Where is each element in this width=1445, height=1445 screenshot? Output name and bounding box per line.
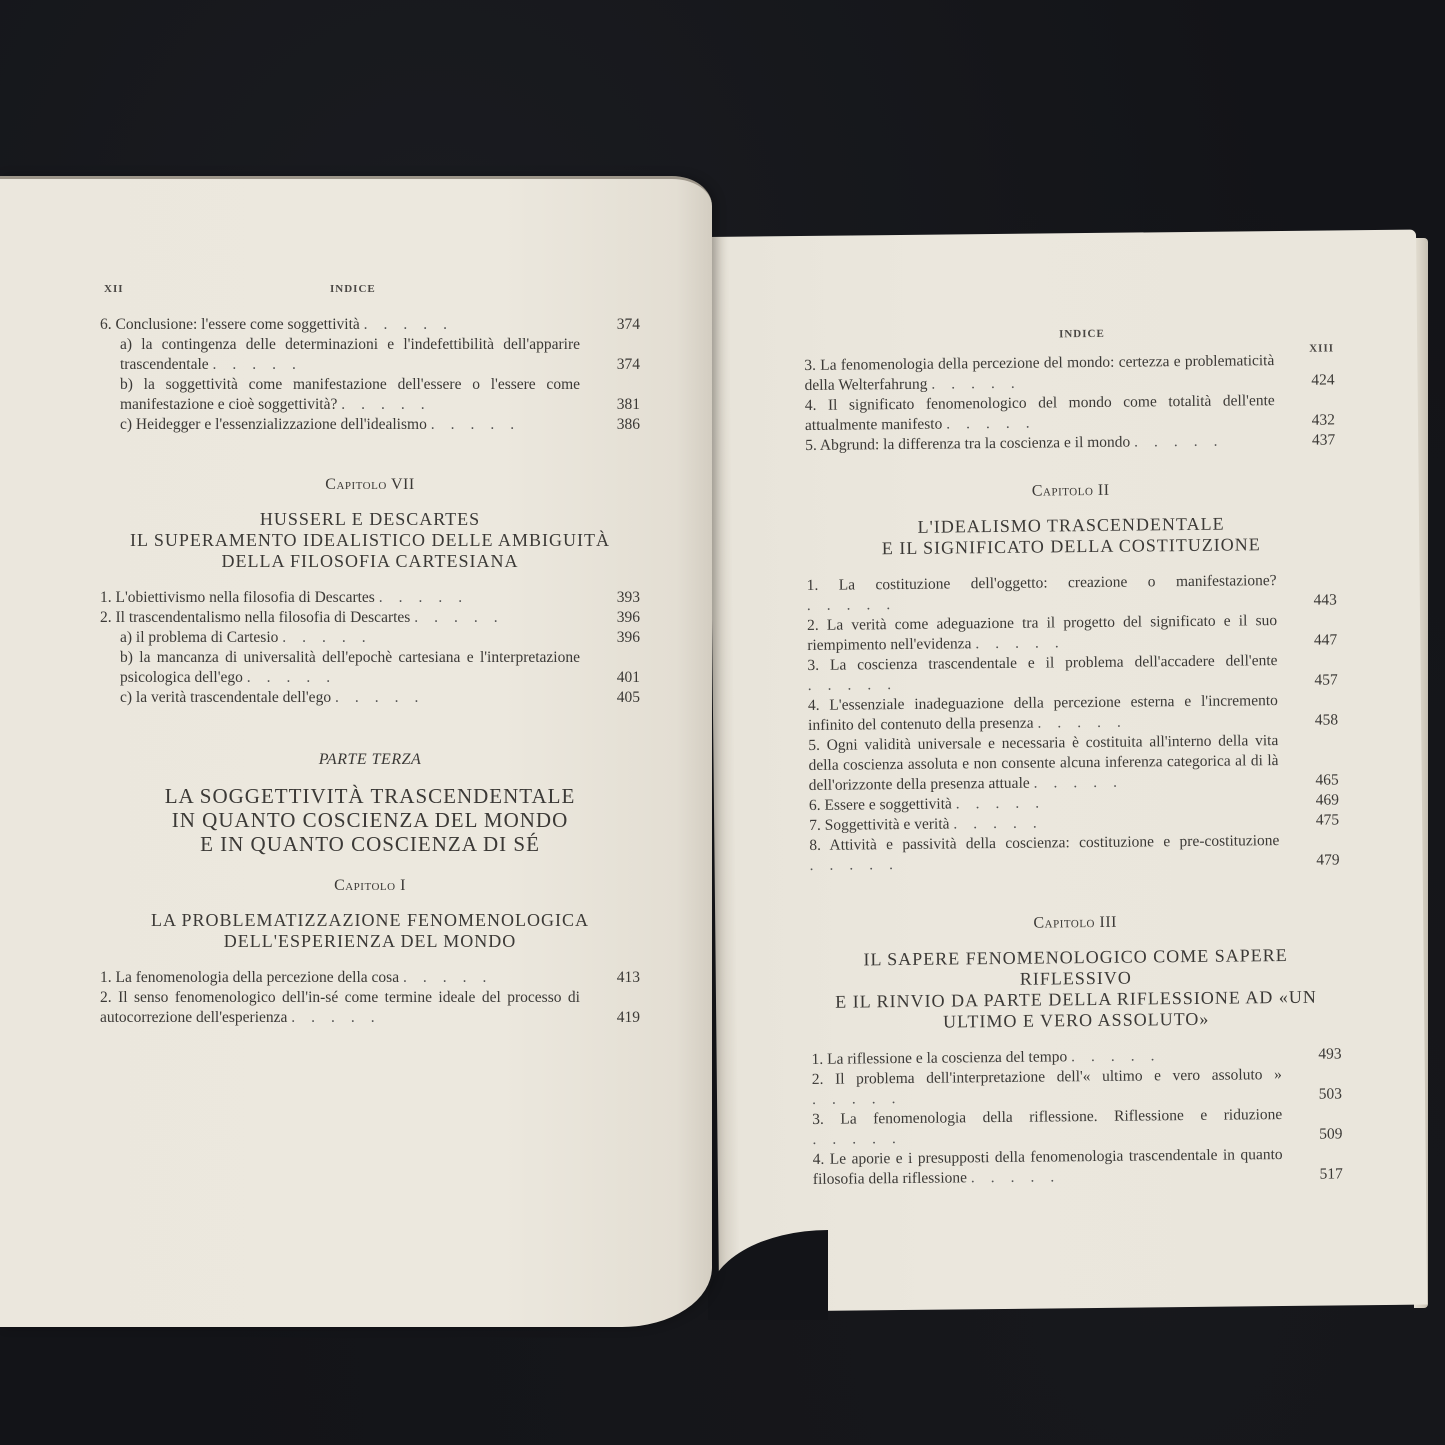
title-line: IN QUANTO COSCIENZA DEL MONDO [100,808,640,832]
toc-entry: 6. Conclusione: l'essere come soggettivi… [100,315,640,335]
toc-entry-title: 4. Le aporie e i presupposti della fenom… [813,1144,1343,1190]
toc-entry-title: 3. La fenomenologia della percezione del… [804,350,1334,396]
toc-entry-title: 1. La fenomenologia della percezione del… [100,968,640,988]
toc-entry: 3. La fenomenologia della riflessione. R… [812,1104,1342,1150]
leader-dots: ..... [971,1168,1071,1186]
leader-dots: ..... [975,634,1075,652]
title-line: HUSSERL E DESCARTES [100,509,640,530]
toc-entry-title: 1. La costituzione dell'oggetto: creazio… [807,570,1337,616]
toc-entry-title: 2. Il problema dell'interpretazione dell… [812,1064,1342,1110]
leader-dots: ..... [247,669,346,686]
title-line: E IN QUANTO COSCIENZA DI SÉ [100,832,640,856]
toc-entry-title: 5. Ogni validità universale e necessaria… [808,730,1339,796]
leader-dots: ..... [1071,1047,1171,1065]
toc-entry: 4. L'essenziale inadeguazione della perc… [808,690,1338,736]
toc-entry-title: a) la contingenza delle determinazioni e… [100,335,640,375]
toc-entry: 2. Il trascendentalismo nella filosofia … [100,608,640,628]
toc-entry: 2. Il senso fenomenologico dell'in-sé co… [100,988,640,1028]
leader-dots: ..... [335,689,434,706]
chapter-title: HUSSERL E DESCARTESIL SUPERAMENTO IDEALI… [100,509,640,572]
toc-page-number: 503 [1319,1084,1342,1104]
leader-dots: ..... [1037,714,1137,732]
toc-entry: 5. Abgrund: la differenza tra la coscien… [805,430,1335,456]
leader-dots: ..... [931,375,1031,393]
title-line: IL SUPERAMENTO IDEALISTICO DELLE AMBIGUI… [100,530,640,551]
chapter-label: Capitolo II [806,478,1336,504]
toc-entry: a) il problema di Cartesio .....396 [100,628,640,648]
toc-entry: b) la mancanza di universalità dell'epoc… [100,648,640,688]
toc-entry-title: c) Heidegger e l'essenzializzazione dell… [100,415,640,435]
toc-entry-title: 2. Il trascendentalismo nella filosofia … [100,608,640,628]
toc-entry-title: 1. L'obiettivismo nella filosofia di Des… [100,588,640,608]
toc-page-number: 413 [617,968,640,988]
toc-page-number: 458 [1315,710,1338,730]
toc-page-number: 437 [1312,430,1335,450]
toc-entry-title: a) il problema di Cartesio ..... [100,628,640,648]
toc-page-number: 396 [617,628,640,648]
toc-page-number: 396 [617,608,640,628]
chapter-label: Capitolo VII [100,475,640,495]
chapter-title: IL SAPERE FENOMENOLOGICO COME SAPERE RIF… [810,944,1341,1034]
leader-dots: ..... [341,396,440,413]
toc-entry-title: 3. La coscienza trascendentale e il prob… [807,650,1337,696]
toc-entry: 1. La fenomenologia della percezione del… [100,968,640,988]
leader-dots: ..... [809,856,909,874]
toc-page-number: 381 [617,395,640,415]
toc-entry: 4. Il significato fenomenologico del mon… [805,390,1335,436]
toc-entry: 2. Il problema dell'interpretazione dell… [812,1064,1342,1110]
toc-entry-title: 4. L'essenziale inadeguazione della perc… [808,690,1338,736]
part-title: LA SOGGETTIVITÀ TRASCENDENTALEIN QUANTO … [100,784,640,856]
folio: XII [104,283,124,295]
leader-dots: ..... [812,1090,912,1108]
toc-entry: 8. Attività e passività della coscienza:… [809,830,1339,876]
toc-page-number: 475 [1316,810,1339,830]
leader-dots: ..... [1033,774,1133,792]
toc-entry-title: 8. Attività e passività della coscienza:… [809,830,1339,876]
title-line: DELL'ESPERIENZA DEL MONDO [100,931,640,952]
chapter-title: LA PROBLEMATIZZAZIONE FENOMENOLOGICADELL… [100,910,640,952]
leader-dots: ..... [956,794,1056,812]
toc-page-number: 517 [1319,1164,1342,1184]
toc-entry: 5. Ogni validità universale e necessaria… [808,730,1339,796]
title-line: LA SOGGETTIVITÀ TRASCENDENTALE [100,784,640,808]
leader-dots: ..... [1134,433,1234,451]
leader-dots: ..... [812,1130,912,1148]
toc-left: 6. Conclusione: l'essere come soggettivi… [100,315,640,1028]
leader-dots: ..... [946,414,1046,432]
left-page: XII INDICE 6. Conclusione: l'essere come… [0,176,712,1327]
toc-entry-title: 2. La verità come adeguazione tra il pro… [807,610,1337,656]
leader-dots: ..... [379,589,478,606]
chapter-label: Capitolo III [810,910,1340,936]
toc-page-number: 457 [1314,670,1337,690]
leader-dots: ..... [807,596,907,614]
title-line: DELLA FILOSOFIA CARTESIANA [100,551,640,572]
leader-dots: ..... [431,416,530,433]
leader-dots: ..... [364,316,463,333]
toc-entry: 1. L'obiettivismo nella filosofia di Des… [100,588,640,608]
toc-right: 3. La fenomenologia della percezione del… [804,350,1343,1190]
running-head: INDICE [1059,328,1105,340]
chapter-title: L'IDEALISMO TRASCENDENTALEE IL SIGNIFICA… [806,512,1336,560]
toc-entry-title: b) la soggettività come manifestazione d… [100,375,640,415]
toc-page-number: 479 [1316,850,1339,870]
toc-page-number: 447 [1314,630,1337,650]
toc-page-number: 443 [1313,590,1336,610]
title-line: IL SAPERE FENOMENOLOGICO COME SAPERE RIF… [810,944,1340,992]
toc-entry-title: 6. Conclusione: l'essere come soggettivi… [100,315,640,335]
chapter-label: Capitolo I [100,876,640,896]
toc-page-number: 405 [617,688,640,708]
toc-entry-title: 2. Il senso fenomenologico dell'in-sé co… [100,988,640,1028]
leader-dots: ..... [282,629,381,646]
toc-entry-title: 3. La fenomenologia della riflessione. R… [812,1104,1342,1150]
toc-page-number: 424 [1311,370,1334,390]
toc-page-number: 465 [1315,770,1338,790]
toc-page-number: 469 [1316,790,1339,810]
toc-page-number: 493 [1318,1044,1341,1064]
toc-page-number: 509 [1319,1124,1342,1144]
toc-entry-title: b) la mancanza di universalità dell'epoc… [100,648,640,688]
toc-entry-title: 4. Il significato fenomenologico del mon… [805,390,1335,436]
toc-entry: 1. La costituzione dell'oggetto: creazio… [807,570,1337,616]
toc-page-number: 393 [617,588,640,608]
toc-entry-title: 5. Abgrund: la differenza tra la coscien… [805,430,1335,456]
running-head: INDICE [330,283,376,295]
leader-dots: ..... [414,609,513,626]
toc-entry: c) Heidegger e l'essenzializzazione dell… [100,415,640,435]
toc-entry: b) la soggettività come manifestazione d… [100,375,640,415]
toc-entry: 2. La verità come adeguazione tra il pro… [807,610,1337,656]
part-label: PARTE TERZA [100,750,640,770]
toc-page-number: 401 [617,668,640,688]
leader-dots: ..... [953,814,1053,832]
right-page: INDICE XIII 3. La fenomenologia della pe… [708,230,1427,1312]
title-line: LA PROBLEMATIZZAZIONE FENOMENOLOGICA [100,910,640,931]
toc-entry-title: c) la verità trascendentale dell'ego ...… [100,688,640,708]
toc-entry: 3. La coscienza trascendentale e il prob… [807,650,1337,696]
toc-page-number: 374 [617,355,640,375]
toc-page-number: 386 [617,415,640,435]
leader-dots: ..... [808,676,908,694]
toc-entry: a) la contingenza delle determinazioni e… [100,335,640,375]
leader-dots: ..... [403,969,502,986]
toc-entry: 4. Le aporie e i presupposti della fenom… [813,1144,1343,1190]
leader-dots: ..... [213,356,312,373]
leader-dots: ..... [291,1009,390,1026]
toc-page-number: 419 [617,1008,640,1028]
toc-page-number: 374 [617,315,640,335]
toc-page-number: 432 [1312,410,1335,430]
title-line: E IL SIGNIFICATO DELLA COSTITUZIONE [806,533,1336,560]
toc-entry: c) la verità trascendentale dell'ego ...… [100,688,640,708]
toc-entry: 3. La fenomenologia della percezione del… [804,350,1334,396]
